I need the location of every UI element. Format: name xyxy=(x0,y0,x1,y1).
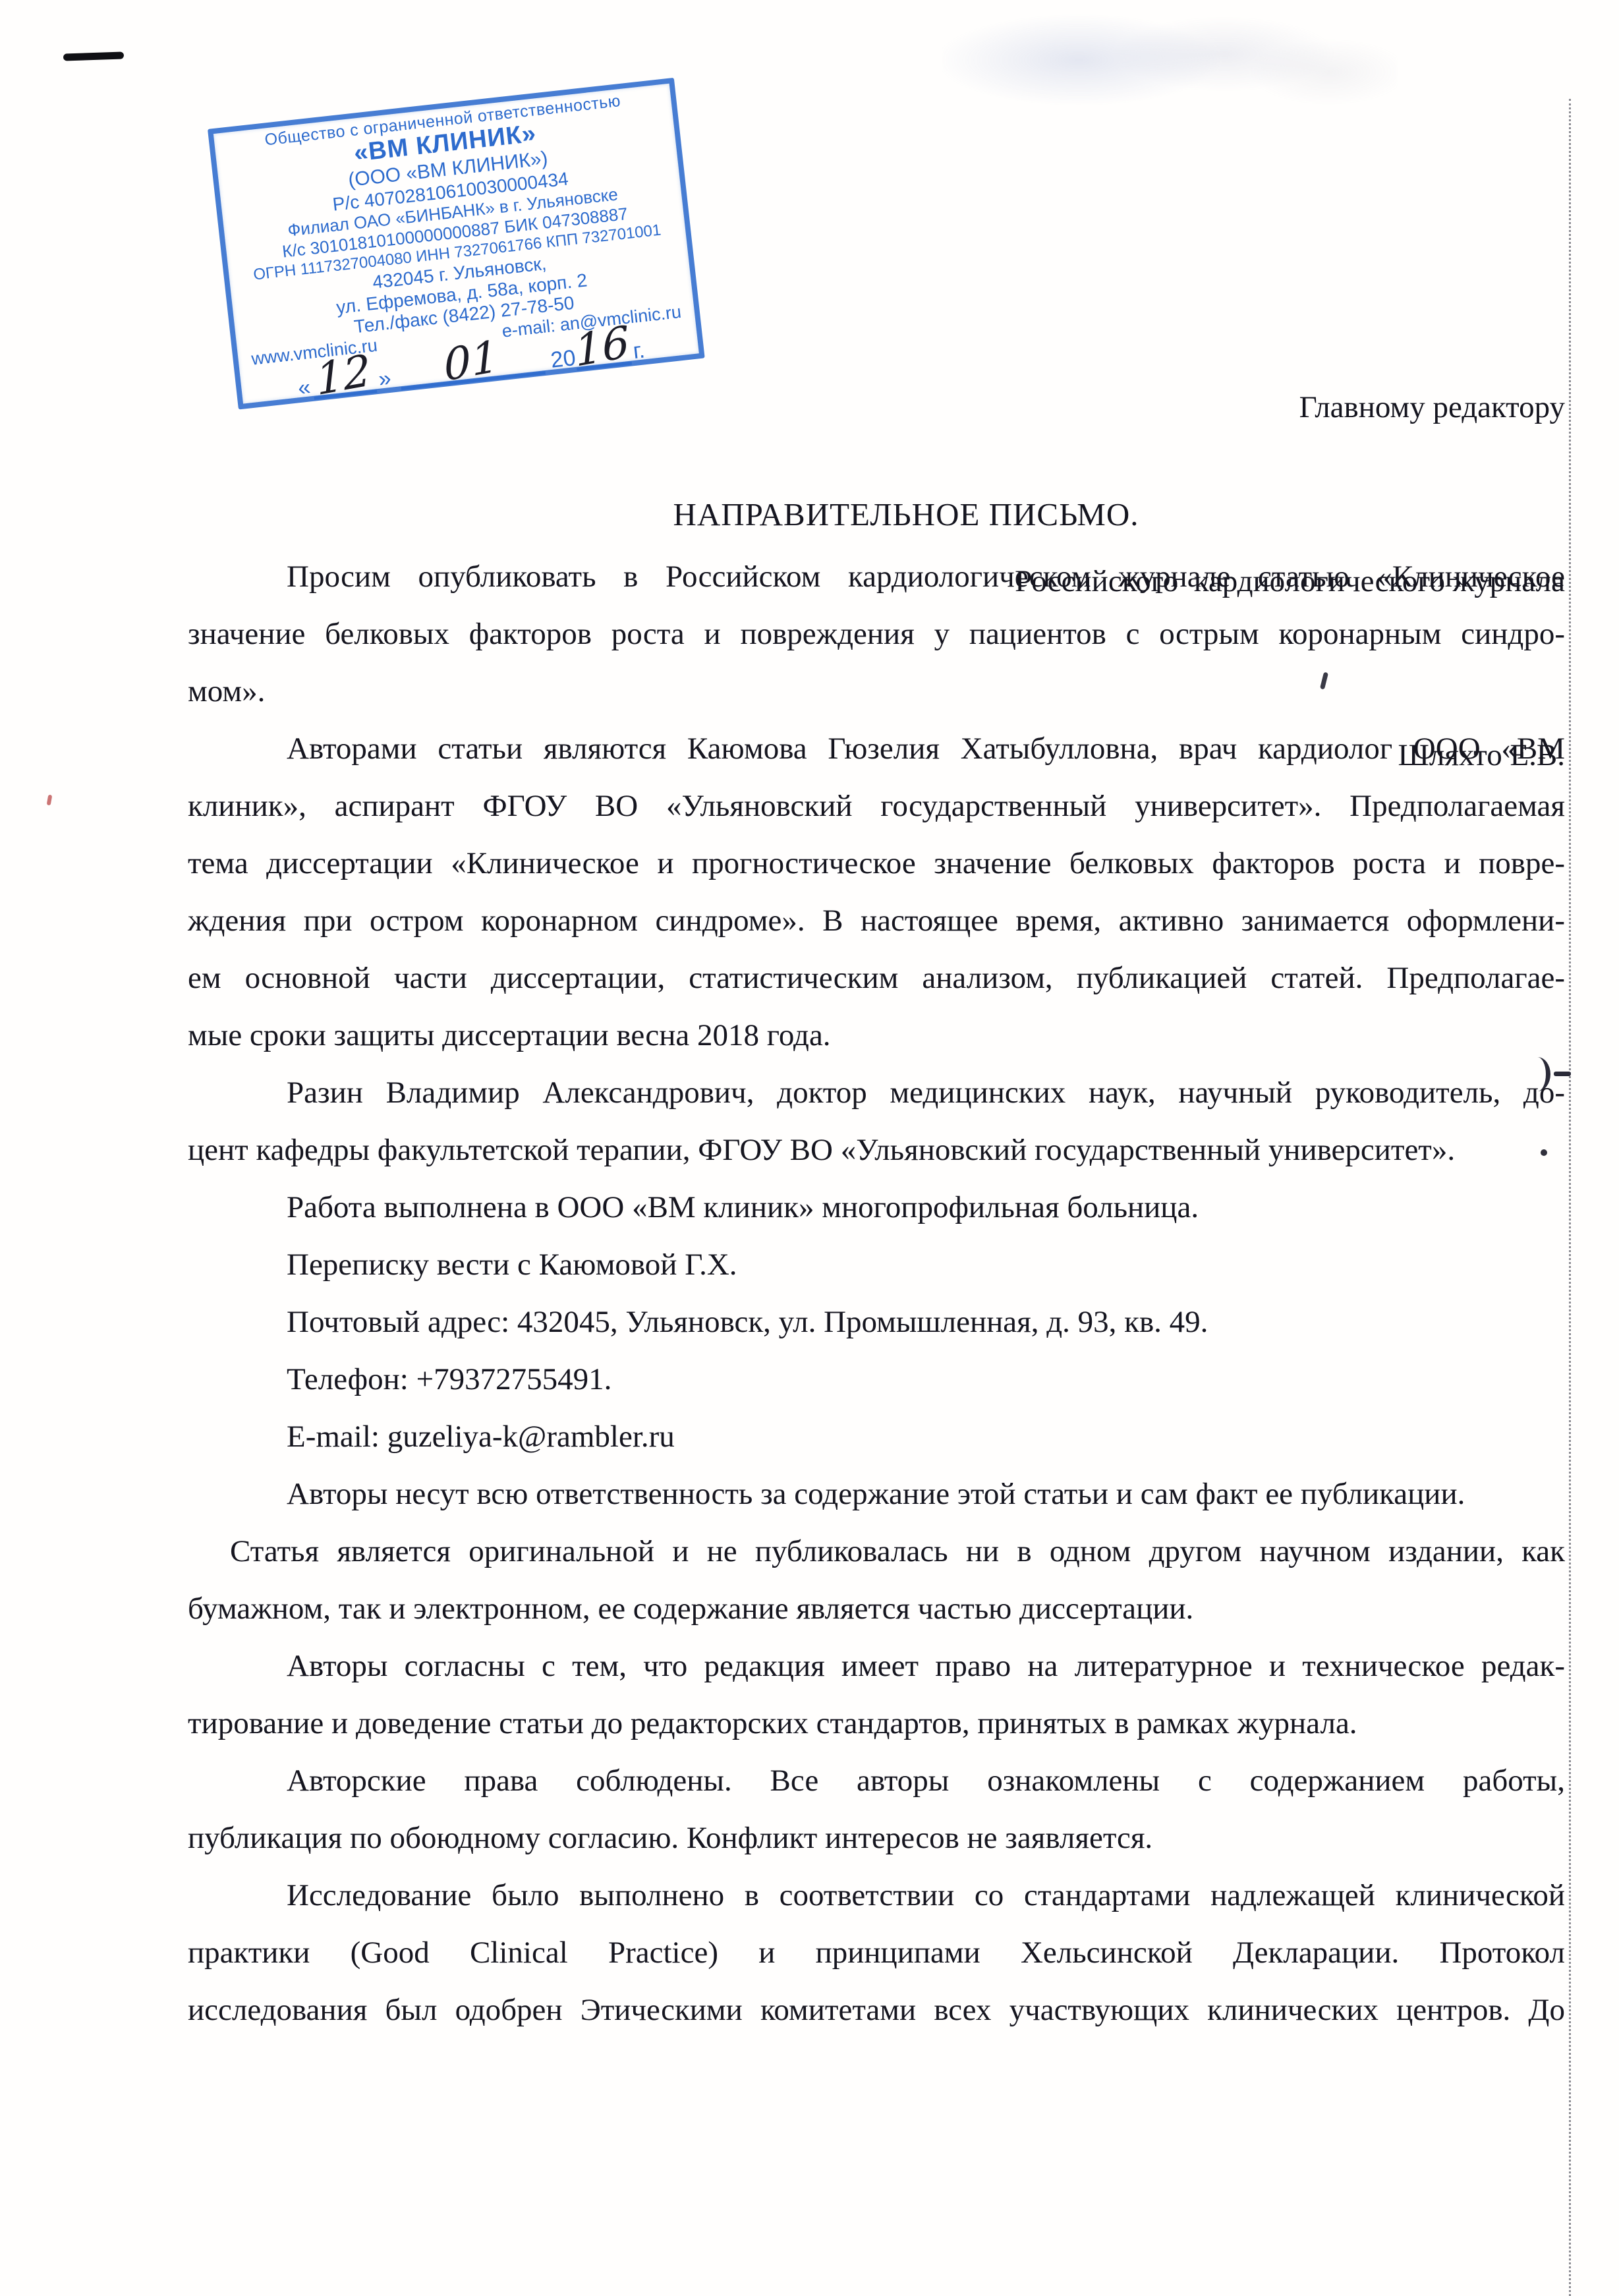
company-stamp: Общество с ограниченной ответственностью… xyxy=(208,78,705,410)
body-line: Переписку вести с Каюмовой Г.Х. xyxy=(188,1236,1565,1294)
body-line: Авторы несут всю ответственность за соде… xyxy=(188,1466,1565,1523)
body-line: Исследование было выполнено в соответств… xyxy=(188,1867,1565,1924)
body-line: значение белковых факторов роста и повре… xyxy=(188,606,1565,663)
body-line: Телефон: +79372755491. xyxy=(188,1351,1565,1408)
body-line: Разин Владимир Александрович, доктор мед… xyxy=(188,1064,1565,1122)
pen-dash-mark xyxy=(63,51,124,61)
body-line: мом». xyxy=(188,663,1565,720)
date-open-quote: « xyxy=(294,374,314,402)
date-suffix: г. xyxy=(629,337,646,364)
handwritten-year: 16 xyxy=(574,325,631,369)
body-line: клиник», аспирант ФГОУ ВО «Ульяновский г… xyxy=(188,778,1565,835)
body-line: Работа выполнена в ООО «ВМ клиник» много… xyxy=(188,1179,1565,1236)
handwritten-day: 12 xyxy=(315,353,372,397)
stray-speck-mark xyxy=(47,795,53,806)
body-line: Почтовый адрес: 432045, Ульяновск, ул. П… xyxy=(188,1294,1565,1351)
body-line: бумажном, так и электронном, ее содержан… xyxy=(188,1580,1565,1638)
body-line: мые сроки защиты диссертации весна 2018 … xyxy=(188,1007,1565,1064)
body-line: Статья является оригинальной и не публик… xyxy=(188,1523,1565,1580)
body-line: Авторами статьи являются Каюмова Гюзелия… xyxy=(188,720,1565,778)
date-century: 20 xyxy=(550,345,577,374)
body-line: Авторы согласны с тем, что редакция имее… xyxy=(188,1638,1565,1695)
recipient-line-1: Главному редактору xyxy=(1015,378,1565,436)
scan-line-artifact xyxy=(1569,99,1571,2296)
body-line: практики (Good Clinical Practice) и прин… xyxy=(188,1924,1565,1982)
body-line: исследования был одобрен Этическими коми… xyxy=(188,1982,1565,2039)
body-line: Просим опубликовать в Российском кардиол… xyxy=(188,548,1565,606)
date-close-quote: » xyxy=(374,364,395,393)
handwritten-month: 01 xyxy=(443,339,500,384)
scanned-letter-page: Общество с ограниченной ответственностью… xyxy=(0,0,1619,2296)
date-day-blank: 12 xyxy=(310,353,377,400)
body-line: публикация по обоюдному согласию. Конфли… xyxy=(188,1810,1565,1867)
body-line: E-mail: guzeliya-k@rambler.ru xyxy=(188,1408,1565,1466)
letter-body: Просим опубликовать в Российском кардиол… xyxy=(188,548,1565,2039)
body-line: Авторские права соблюдены. Все авторы оз… xyxy=(188,1752,1565,1810)
body-line: тема диссертации «Клиническое и прогност… xyxy=(188,835,1565,892)
body-line: цент кафедры факультетской терапии, ФГОУ… xyxy=(188,1122,1565,1179)
date-year-blank: 16 xyxy=(573,324,632,371)
body-line: тирование и доведение статьи до редактор… xyxy=(188,1695,1565,1752)
letter-title: НАПРАВИТЕЛЬНОЕ ПИСЬМО. xyxy=(188,496,1565,533)
body-line: ждения при остром коронарном синдроме». … xyxy=(188,892,1565,950)
body-line: ем основной части диссертации, статистич… xyxy=(188,950,1565,1007)
ink-smudge xyxy=(942,7,1397,125)
